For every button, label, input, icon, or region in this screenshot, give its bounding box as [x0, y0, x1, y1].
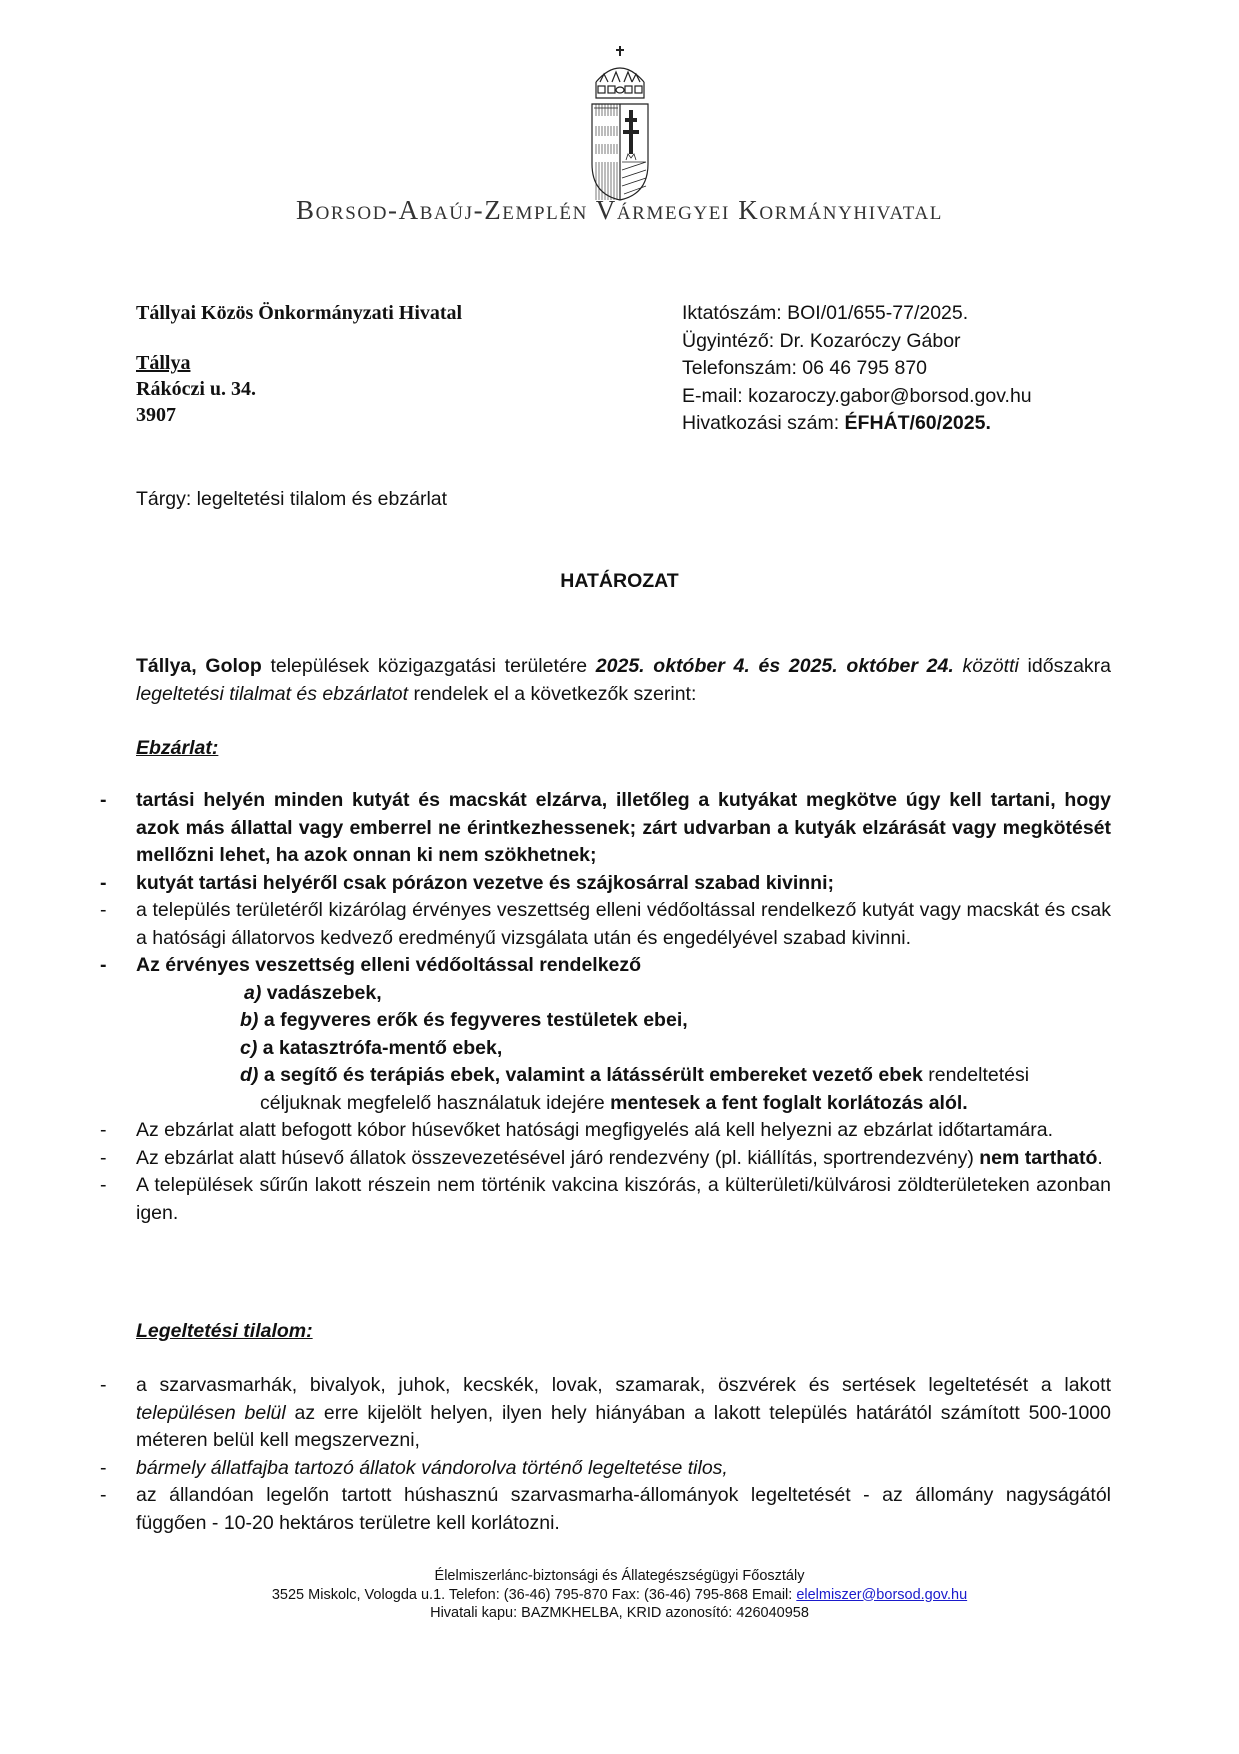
recipient-city: Tállya [136, 350, 462, 376]
list-item: -Az ebzárlat alatt húsevő állatok összev… [0, 1145, 1111, 1173]
footer-department: Élelmiszerlánc-biztonsági és Állategészs… [0, 1567, 1239, 1586]
recipient-address: Tállyai Közös Önkormányzati Hivatal Táll… [136, 300, 462, 428]
exemption-item: a) vadászebek, [0, 980, 1114, 1008]
recipient-street: Rákóczi u. 34. [136, 376, 462, 402]
case-metadata: Iktatószám: BOI/01/655-77/2025. Ügyintéz… [682, 300, 1032, 438]
ebzarlat-list: -tartási helyén minden kutyát és macskát… [0, 787, 1239, 1227]
list-item: -bármely állatfajba tartozó állatok vánd… [0, 1455, 1111, 1483]
email-address: E-mail: kozaroczy.gabor@borsod.gov.hu [682, 383, 1032, 411]
ebzarlat-heading: Ebzárlat: [136, 735, 1111, 763]
list-item: -az állandóan legelőn tartott húshasznú … [0, 1482, 1111, 1537]
list-item: -Az ebzárlat alatt befogott kóbor húsevő… [0, 1117, 1111, 1145]
footer: Élelmiszerlánc-biztonsági és Állategészs… [0, 1567, 1239, 1623]
document-title: HATÁROZAT [0, 570, 1239, 593]
legeltetes-list: -a szarvasmarhák, bivalyok, juhok, kecsk… [0, 1372, 1239, 1537]
list-item: -kutyát tartási helyéről csak pórázon ve… [0, 870, 1111, 898]
subject-line: Tárgy: legeltetési tilalom és ebzárlat [136, 488, 447, 511]
list-item: -Az érvényes veszettség elleni védőoltás… [0, 952, 1111, 980]
intro-paragraph: Tállya, Golop települések közigazgatási … [136, 653, 1111, 708]
legeltetes-heading: Legeltetési tilalom: [136, 1318, 1111, 1346]
phone-number: Telefonszám: 06 46 795 870 [682, 355, 1032, 383]
list-item: -tartási helyén minden kutyát és macskát… [0, 787, 1111, 870]
reference-number: Hivatkozási szám: ÉFHÁT/60/2025. [682, 410, 1032, 438]
document-page: Borsod-Abaúj-Zemplén Vármegyei Kormányhi… [0, 0, 1239, 1754]
footer-contact: 3525 Miskolc, Vologda u.1. Telefon: (36-… [0, 1586, 1239, 1605]
recipient-name: Tállyai Közös Önkormányzati Hivatal [136, 300, 462, 326]
recipient-zip: 3907 [136, 402, 462, 428]
list-item: -a szarvasmarhák, bivalyok, juhok, kecsk… [0, 1372, 1111, 1455]
list-item: -A települések sűrűn lakott részein nem … [0, 1172, 1111, 1227]
exemption-item: b) a fegyveres erők és fegyveres testüle… [0, 1007, 1110, 1035]
exemption-item: d) a segítő és terápiás ebek, valamint a… [0, 1062, 1110, 1117]
footer-email-link[interactable]: elelmiszer@borsod.gov.hu [796, 1587, 967, 1603]
case-officer: Ügyintéző: Dr. Kozaróczy Gábor [682, 328, 1032, 356]
list-item: -a település területéről kizárólag érvén… [0, 897, 1111, 952]
organization-name: Borsod-Abaúj-Zemplén Vármegyei Kormányhi… [0, 195, 1239, 226]
hungarian-coat-of-arms-icon [586, 44, 654, 204]
exemption-item: c) a katasztrófa-mentő ebek, [0, 1035, 1110, 1063]
file-number: Iktatószám: BOI/01/655-77/2025. [682, 300, 1032, 328]
footer-gateway: Hivatali kapu: BAZMKHELBA, KRID azonosít… [0, 1604, 1239, 1623]
